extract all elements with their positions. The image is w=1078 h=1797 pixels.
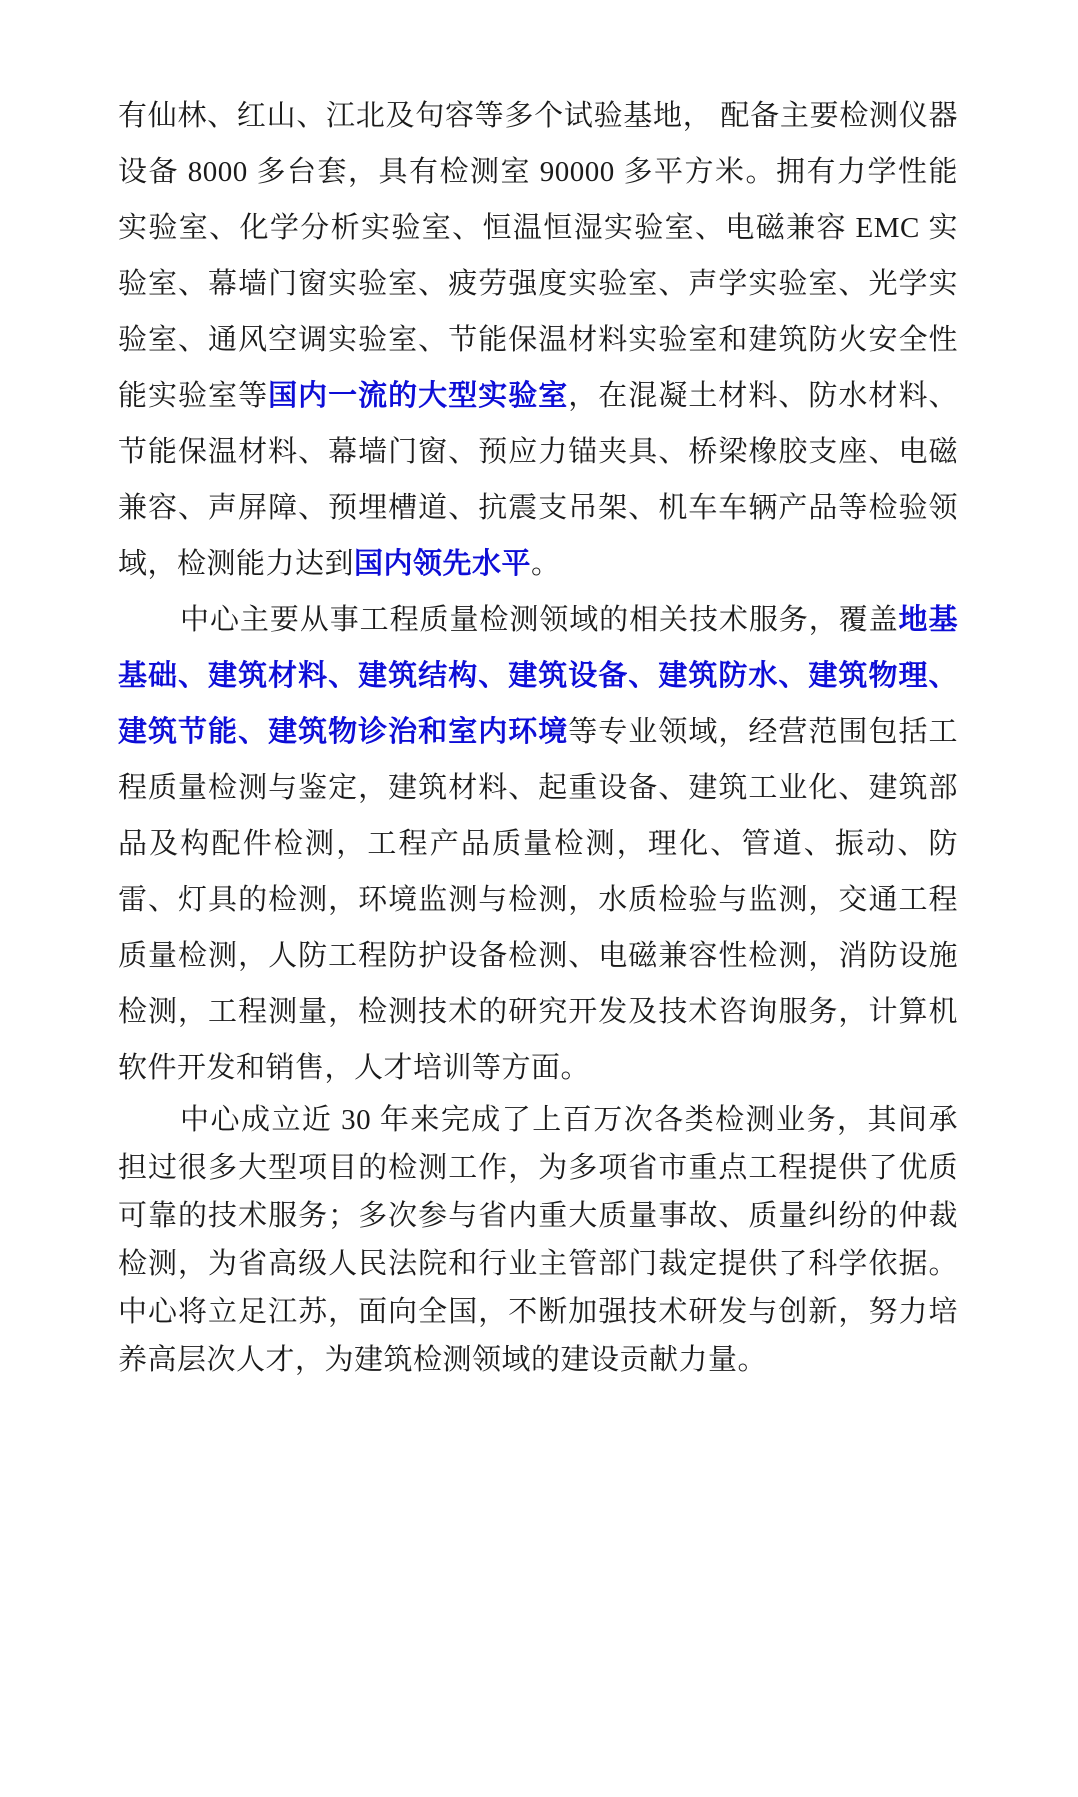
text-run: 中心成立近 30 年来完成了上百万次各类检测业务，其间承担过很多大型项目的检测工… — [118, 1104, 958, 1376]
document-page: 有仙林、红山、江北及句容等多个试验基地， 配备主要检测仪器设备 8000 多台套… — [0, 0, 1078, 1797]
paragraph-labs: 有仙林、红山、江北及句容等多个试验基地， 配备主要检测仪器设备 8000 多台套… — [118, 88, 958, 592]
paragraph-services: 中心主要从事工程质量检测领域的相关技术服务，覆盖地基基础、建筑材料、建筑结构、建… — [118, 592, 958, 1096]
emphasis-run-leading-level: 国内领先水平 — [354, 548, 531, 580]
emphasis-run-top-domestic-labs: 国内一流的大型实验室 — [268, 380, 568, 412]
text-run: 有仙林、红山、江北及句容等多个试验基地， 配备主要检测仪器设备 8000 多台套… — [118, 100, 958, 412]
document-body: 有仙林、红山、江北及句容等多个试验基地， 配备主要检测仪器设备 8000 多台套… — [118, 88, 958, 1384]
text-run: 。 — [531, 548, 561, 580]
text-run: 中心主要从事工程质量检测领域的相关技术服务，覆盖 — [180, 604, 899, 636]
text-run: 等专业领域，经营范围包括工程质量检测与鉴定，建筑材料、起重设备、建筑工业化、建筑… — [118, 716, 958, 1084]
paragraph-history: 中心成立近 30 年来完成了上百万次各类检测业务，其间承担过很多大型项目的检测工… — [118, 1096, 958, 1384]
